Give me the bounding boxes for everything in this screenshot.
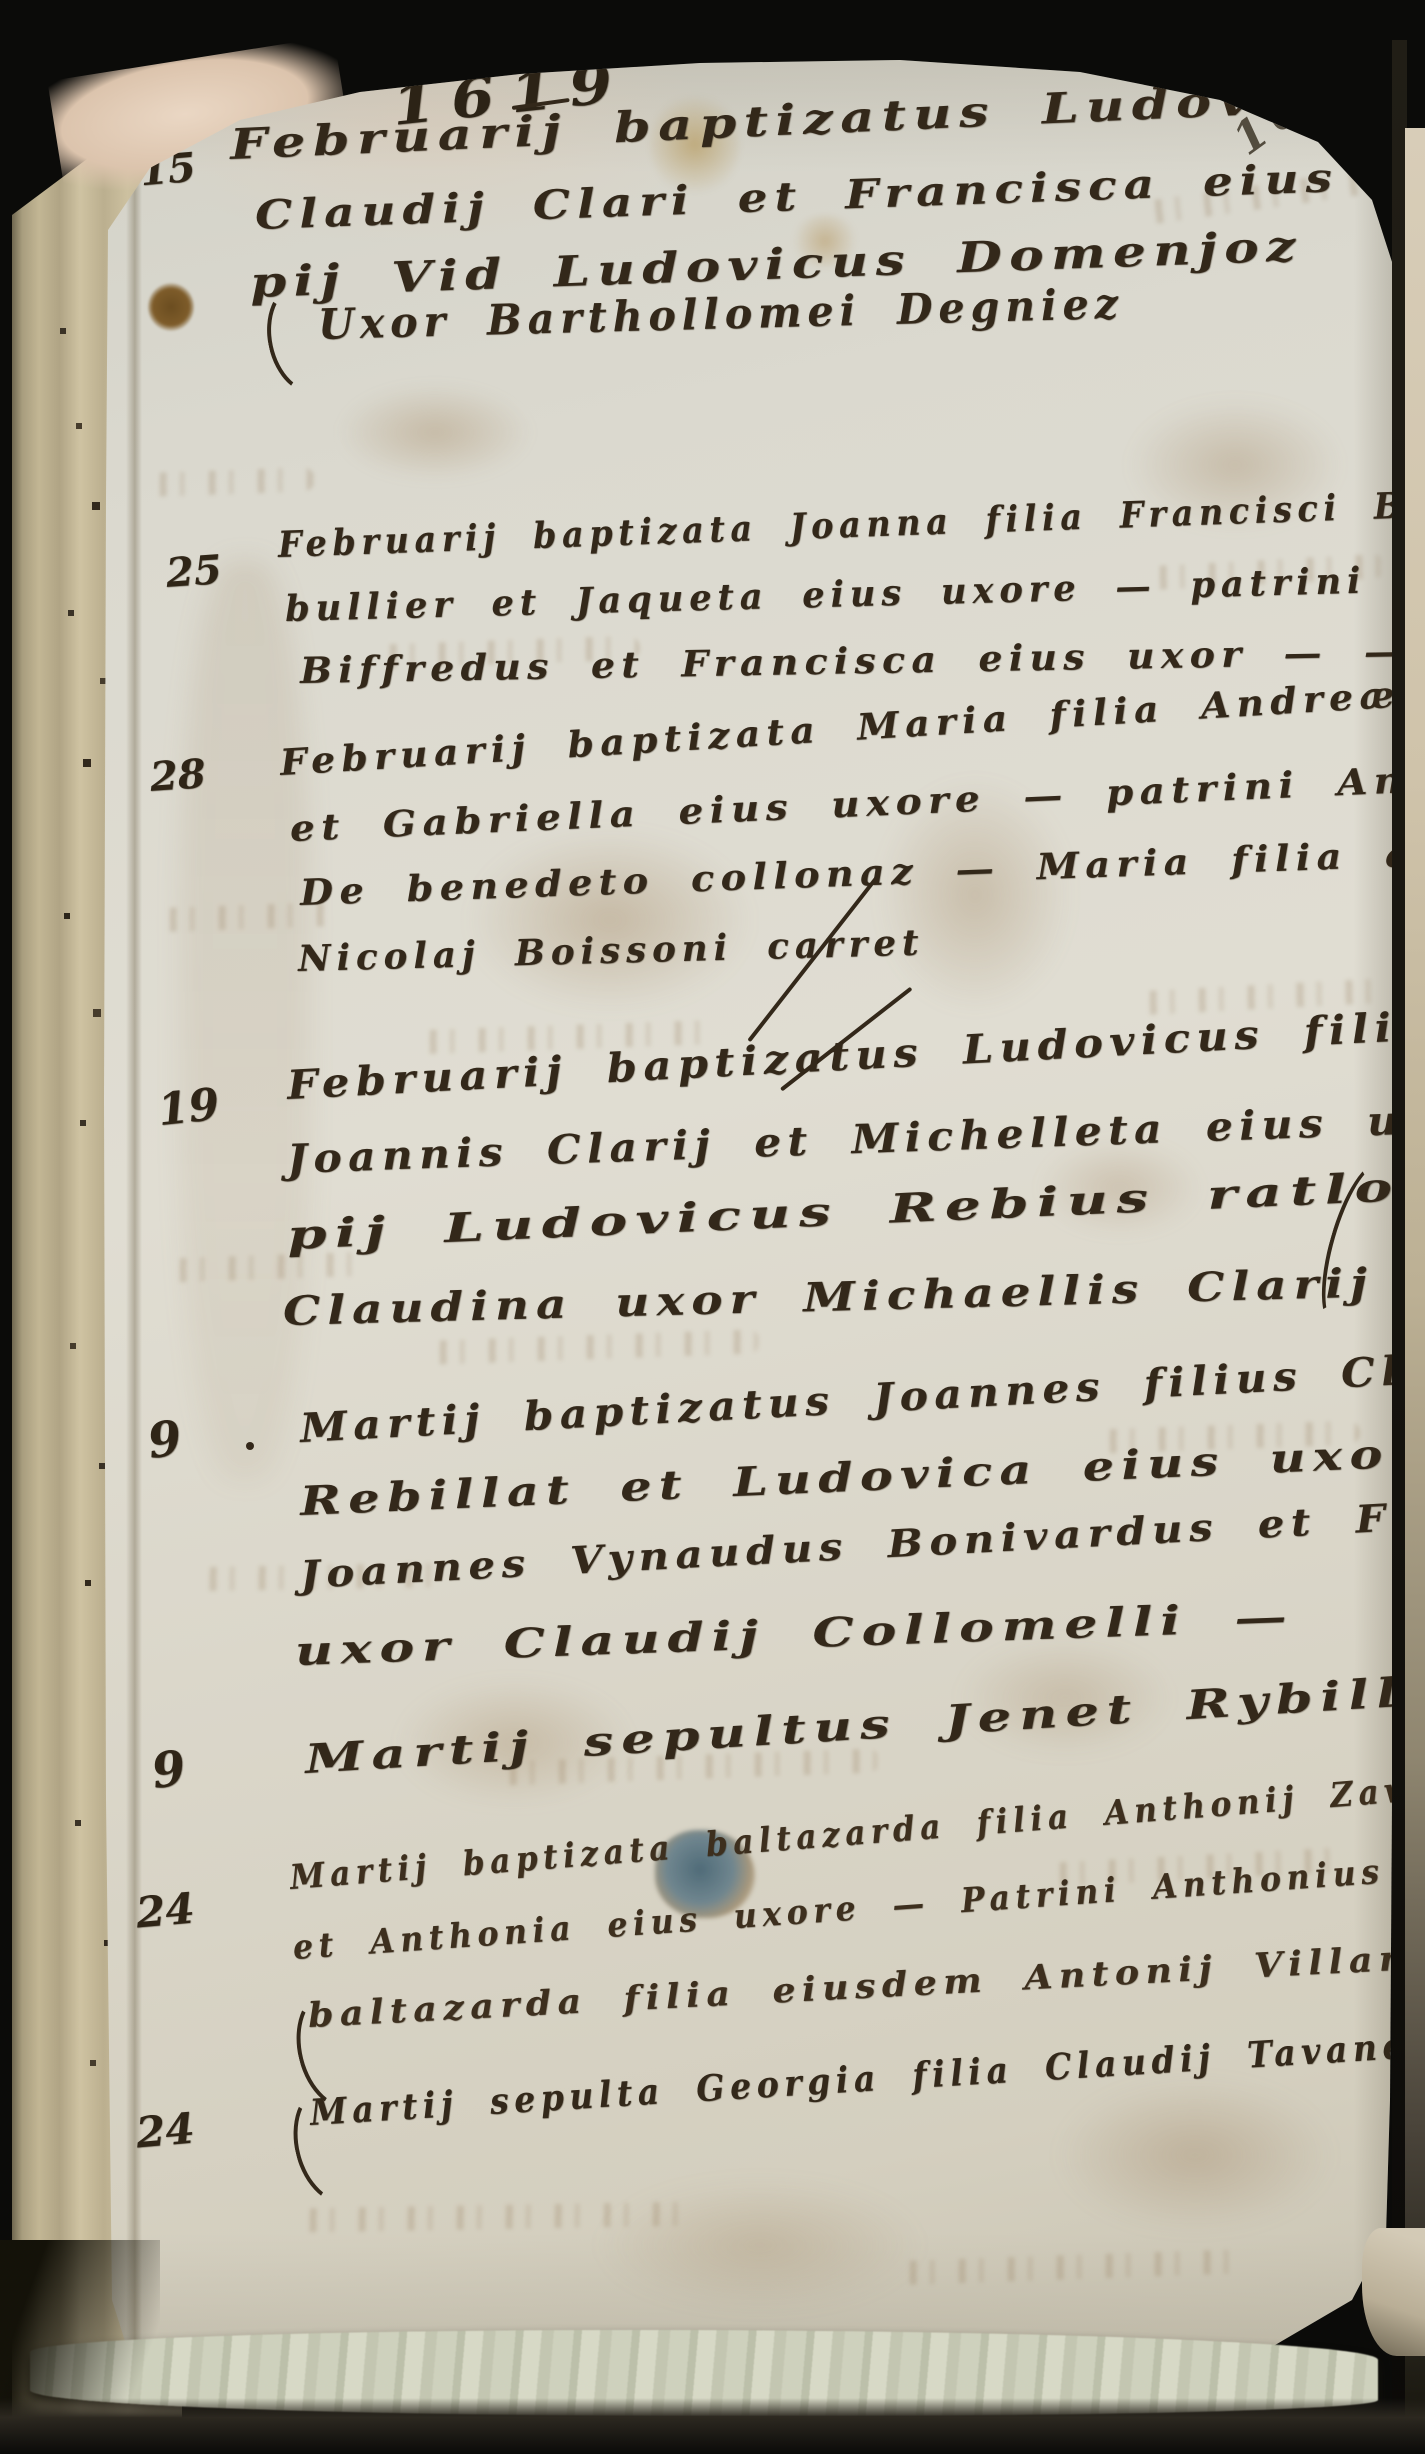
bleedthrough-smudge (300, 2202, 700, 2233)
entry-day-number: 19 (156, 1079, 222, 1136)
tan-stain (340, 385, 530, 480)
corner-year-annotation: 1619 (1224, 33, 1379, 165)
separator-dot (246, 1442, 254, 1450)
entry-line: Februarij baptizata Joanna filia Francis… (277, 480, 1425, 566)
bleedthrough-smudge (150, 467, 316, 497)
entry-line: bullier et Jaqueta eius uxore — patrini … (284, 554, 1425, 630)
book-photograph: + 1619 1619 15 Februarij baptizatus Ludo… (0, 0, 1425, 2454)
entry-day-number: 25 (164, 546, 223, 597)
binding-crease (126, 120, 142, 2360)
entry-line: Claudina uxor Michaellis Clarij (282, 1259, 1374, 1335)
entry-day-number: 24 (134, 2104, 197, 2158)
entry-day-number: 24 (134, 1884, 197, 1938)
entry-day-number: 28 (148, 750, 207, 801)
foxing-speckles (0, 0, 2, 2)
facing-page-edge (1405, 128, 1425, 2454)
tan-stain (1060, 2080, 1330, 2230)
ink-blot-stain (148, 283, 194, 331)
bottom-shadow (0, 2398, 1425, 2454)
entry-line: Februarij baptizatus Ludovicus filius (286, 1000, 1425, 1109)
tan-stain (600, 2180, 920, 2310)
cross-mark: + (448, 33, 484, 78)
facing-page-bottom-corner (1362, 2228, 1425, 2356)
entry-day-number: 9 (144, 1410, 185, 1470)
entry-line: uxor Claudij Collomelli — (294, 1593, 1295, 1675)
register-page: + 1619 1619 15 Februarij baptizatus Ludo… (0, 0, 1425, 2454)
entry-line: Martij sepulta Georgia filia Claudij Tav… (309, 2017, 1425, 2134)
bleedthrough-smudge (900, 2249, 1251, 2285)
bleedthrough-smudge (430, 1329, 761, 1365)
entry-day-number: 9 (148, 1740, 189, 1800)
margin-discoloration (180, 560, 310, 1480)
entry-line: Nicolaj Boissoni carret (297, 922, 924, 980)
